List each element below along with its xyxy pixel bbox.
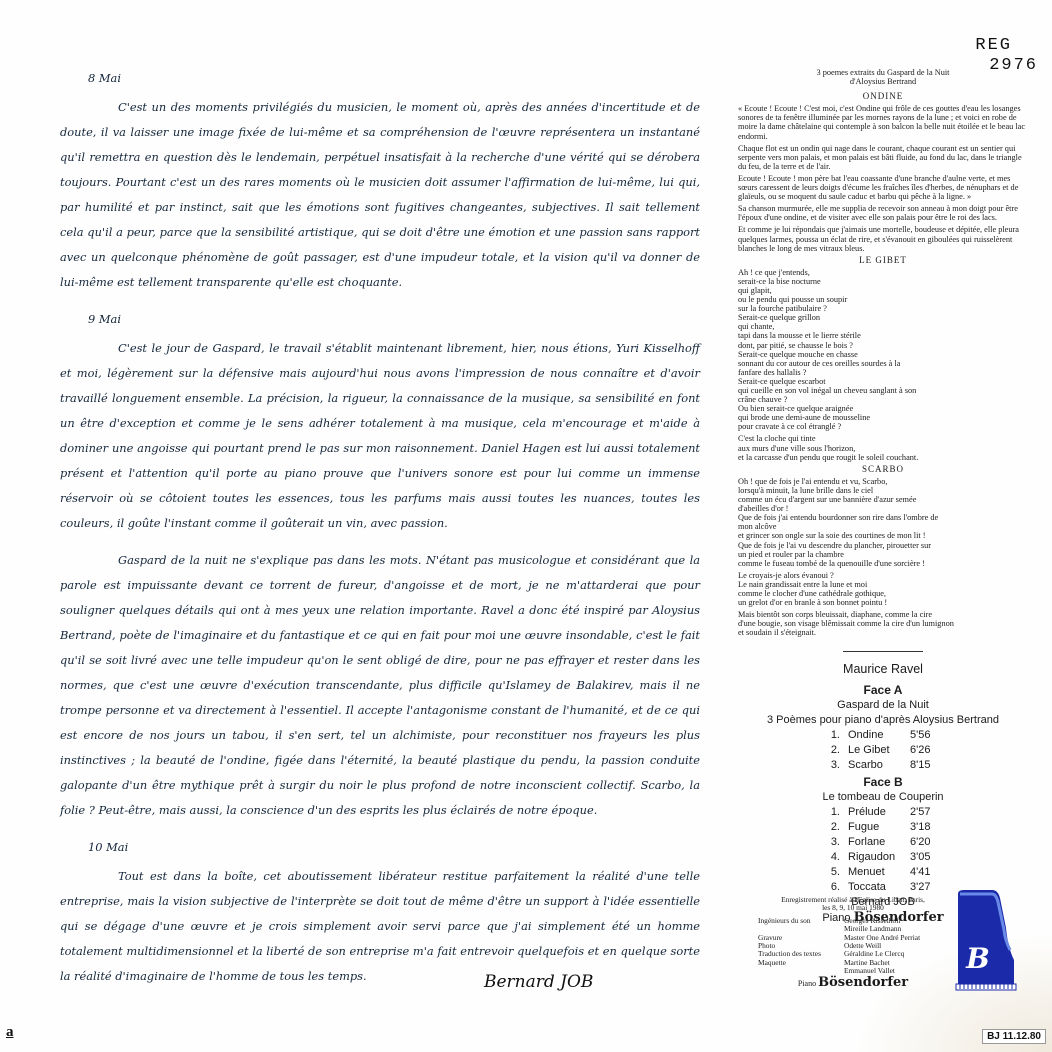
poems-intro: 3 poemes extraits du Gaspard de la Nuit … bbox=[738, 68, 1028, 86]
note-paragraph: C'est un des moments privilégiés du musi… bbox=[60, 95, 700, 295]
track-row: 1.Ondine5'56 bbox=[738, 728, 1028, 743]
poems-intro-line: 3 poemes extraits du Gaspard de la Nuit bbox=[738, 68, 1028, 77]
note-paragraph: C'est le jour de Gaspard, le travail s'é… bbox=[60, 336, 700, 536]
poem-paragraph: Et comme je lui répondais que j'aimais u… bbox=[738, 225, 1028, 252]
track-row: 5.Menuet4'41 bbox=[738, 865, 1028, 880]
credits-piano-line: Piano Bösendorfer bbox=[758, 979, 948, 988]
poem-paragraph: Le croyais-je alors évanoui ? Le nain gr… bbox=[738, 571, 1028, 607]
poem-paragraph: Sa chanson murmurée, elle me supplia de … bbox=[738, 204, 1028, 222]
svg-text:B: B bbox=[965, 942, 990, 975]
catalog-prefix: REG bbox=[975, 36, 1012, 56]
recording-line: les 8, 9, 10 mai 1980 bbox=[758, 904, 948, 912]
handwritten-notes: 8 Mai C'est un des moments privilégiés d… bbox=[60, 66, 700, 1001]
recording-info: Enregistrement réalisé à l'Eglise du Lib… bbox=[758, 896, 948, 913]
note-paragraph: Gaspard de la nuit ne s'explique pas dan… bbox=[60, 548, 700, 823]
poem-title: ONDINE bbox=[738, 92, 1028, 101]
divider bbox=[843, 651, 923, 652]
note-date: 10 Mai bbox=[60, 835, 700, 860]
poem-paragraph: Ecoute ! Ecoute ! mon père bat l'eau coa… bbox=[738, 174, 1028, 201]
composer: Maurice Ravel bbox=[738, 662, 1028, 677]
poem-title: LE GIBET bbox=[738, 256, 1028, 265]
poem-paragraph: Ah ! ce que j'entends, serait-ce la bise… bbox=[738, 268, 1028, 432]
track-row: 3.Scarbo8'15 bbox=[738, 758, 1028, 773]
poems-column: 3 poemes extraits du Gaspard de la Nuit … bbox=[738, 68, 1028, 926]
face-a-label: Face A bbox=[738, 683, 1028, 698]
credits: Enregistrement réalisé à l'Eglise du Lib… bbox=[758, 896, 948, 988]
track-row: 1.Prélude2'57 bbox=[738, 805, 1028, 820]
poem-ondine: ONDINE « Ecoute ! Ecoute ! C'est moi, c'… bbox=[738, 92, 1028, 253]
poem-scarbo: SCARBO Oh ! que de fois je l'ai entendu … bbox=[738, 465, 1028, 638]
poem-paragraph: C'est la cloche qui tinte aux murs d'une… bbox=[738, 434, 1028, 461]
track-row: 2.Fugue3'18 bbox=[738, 820, 1028, 835]
note-paragraph: Tout est dans la boîte, cet aboutissemen… bbox=[60, 864, 700, 989]
poem-paragraph: Chaque flot est un ondin qui nage dans l… bbox=[738, 144, 1028, 171]
record-label-logo: a bbox=[6, 1024, 14, 1041]
track-row: 4.Rigaudon3'05 bbox=[738, 850, 1028, 865]
credit-row: Ingénieurs du sonGeorges Kisselhoff Mire… bbox=[758, 917, 948, 934]
note-date: 8 Mai bbox=[60, 66, 700, 91]
signature: Bernard JOB bbox=[484, 972, 593, 992]
date-stamp: BJ 11.12.80 bbox=[982, 1029, 1046, 1044]
poem-le-gibet: LE GIBET Ah ! ce que j'entends, serait-c… bbox=[738, 256, 1028, 462]
poem-title: SCARBO bbox=[738, 465, 1028, 474]
face-b-label: Face B bbox=[738, 775, 1028, 790]
credits-table: Ingénieurs du sonGeorges Kisselhoff Mire… bbox=[758, 917, 948, 976]
track-row: 2.Le Gibet6'26 bbox=[738, 743, 1028, 758]
poem-paragraph: « Ecoute ! Ecoute ! C'est moi, c'est Ond… bbox=[738, 104, 1028, 140]
face-a-work: Gaspard de la Nuit bbox=[738, 698, 1028, 713]
note-date: 9 Mai bbox=[60, 307, 700, 332]
track-row: 3.Forlane6'20 bbox=[738, 835, 1028, 850]
poem-paragraph: Mais bientôt son corps bleuissait, diaph… bbox=[738, 610, 1028, 637]
poems-intro-line: d'Aloysius Bertrand bbox=[738, 77, 1028, 86]
bosendorfer-piano-logo-icon: B bbox=[954, 888, 1018, 992]
face-a-subtitle: 3 Poèmes pour piano d'après Aloysius Ber… bbox=[738, 713, 1028, 728]
face-b-work: Le tombeau de Couperin bbox=[738, 790, 1028, 805]
credit-row: MaquetteMartine Bachet Emmanuel Vallet bbox=[758, 959, 948, 976]
poem-paragraph: Oh ! que de fois je l'ai entendu et vu, … bbox=[738, 477, 1028, 568]
track-listing: Maurice Ravel Face A Gaspard de la Nuit … bbox=[738, 662, 1028, 926]
